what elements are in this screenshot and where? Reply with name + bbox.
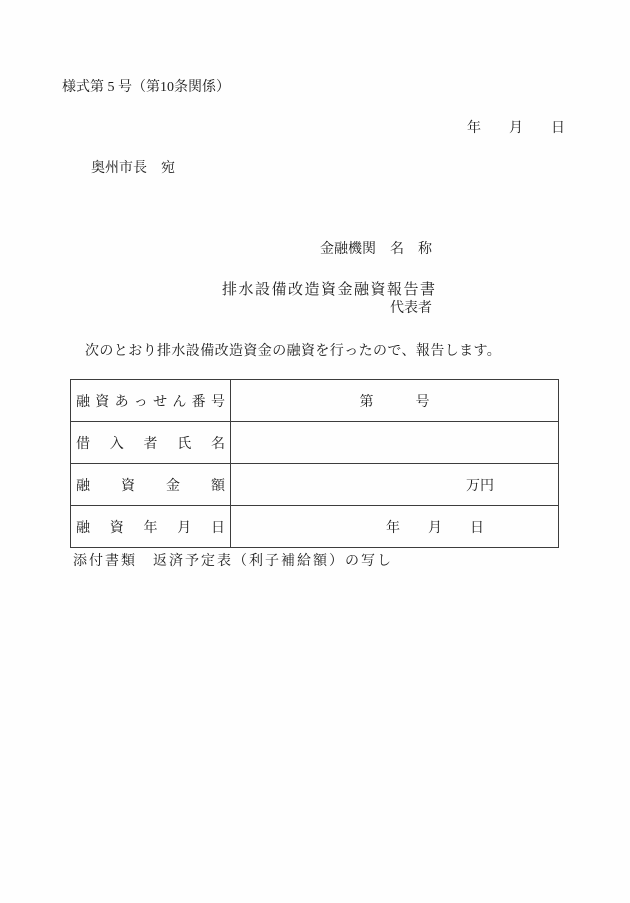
institution-name-label: 金融機関 名 称 [320, 239, 432, 260]
table-row-loan-date: 融資年月日 年 月 日 [71, 506, 559, 548]
institution-block: 金融機関 名 称 代表者 [320, 201, 432, 356]
row-value-loan-amount: 万円 [231, 464, 559, 506]
body-text: 次のとおり排水設備改造資金の融資を行ったので、報告します。 [85, 343, 501, 362]
institution-representative-label: 代表者 [320, 298, 432, 319]
report-form-page: 様式第 5 号（第10条関係） 年 月 日 奥州市長 宛 金融機関 名 称 代表… [0, 0, 630, 903]
row-label-loan-referral-number: 融資あっせん番号 [71, 380, 231, 422]
row-value-loan-date: 年 月 日 [231, 506, 559, 548]
table-row-borrower-name: 借入者氏名 [71, 422, 559, 464]
row-label-borrower-name: 借入者氏名 [71, 422, 231, 464]
row-label-loan-amount: 融資金額 [71, 464, 231, 506]
form-number: 様式第 5 号（第10条関係） [62, 79, 230, 98]
table-row-loan-amount: 融資金額 万円 [71, 464, 559, 506]
attachment-note: 添付書類 返済予定表（利子補給額）の写し [73, 553, 393, 572]
loan-report-table: 融資あっせん番号 第 号 借入者氏名 融資金額 万円 融資年月日 年 月 日 [70, 379, 559, 548]
row-label-loan-date: 融資年月日 [71, 506, 231, 548]
row-value-borrower-name [231, 422, 559, 464]
date-line: 年 月 日 [467, 120, 565, 139]
row-value-loan-referral-number: 第 号 [231, 380, 559, 422]
document-title: 排水設備改造資金融資報告書 [222, 280, 437, 300]
addressee-line: 奥州市長 宛 [91, 160, 175, 179]
table-row-loan-referral-number: 融資あっせん番号 第 号 [71, 380, 559, 422]
